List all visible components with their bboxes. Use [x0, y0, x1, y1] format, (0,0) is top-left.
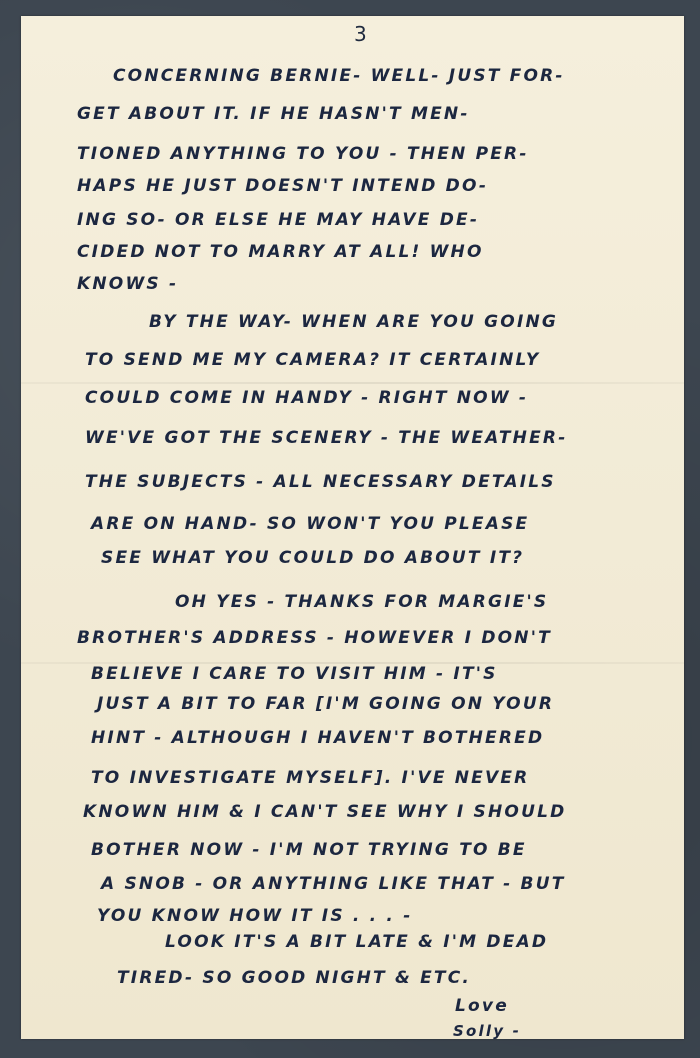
- letter-line: a snob - or anything like that - but: [101, 874, 566, 894]
- letter-line: to investigate myself]. I've never: [91, 768, 529, 788]
- letter-line: get about it. If he hasn't men-: [77, 104, 470, 124]
- letter-line: Oh yes - thanks for Margie's: [175, 592, 548, 612]
- letter-line: By the way- when are you going: [149, 312, 558, 332]
- letter-line: We've got the scenery - the weather-: [85, 428, 567, 448]
- letter-line: believe I care to visit him - it's: [91, 664, 498, 684]
- letter-line: you know how it is . . . -: [97, 906, 412, 926]
- letter-line: haps he just doesn't intend do-: [77, 176, 488, 196]
- letter-line: Concerning Bernie- well- just for-: [113, 66, 565, 86]
- letter-closing: Love: [455, 996, 509, 1016]
- letter-line: hint - although I haven't bothered: [91, 728, 544, 748]
- letter-line: ing so- or else he may have de-: [77, 210, 479, 230]
- letter-line: Look it's a bit late & I'm dead: [165, 932, 548, 952]
- letter-line: cided not to marry at all! Who: [77, 242, 484, 262]
- page-number: 3: [354, 22, 367, 46]
- paper-fold: [21, 382, 684, 384]
- letter-line: bother now - I'm not trying to be: [91, 840, 527, 860]
- letter-line: tioned anything to you - then per-: [77, 144, 529, 164]
- letter-line: tired- so good night & etc.: [117, 968, 471, 988]
- letter-page: 3 Concerning Bernie- well- just for- get…: [21, 16, 684, 1039]
- letter-line: see what you could do about it?: [101, 548, 524, 568]
- letter-line: known him & I can't see why I should: [83, 802, 566, 822]
- letter-signature: Solly -: [453, 1022, 521, 1040]
- letter-line: knows -: [77, 274, 178, 294]
- letter-line: could come in handy - right now -: [85, 388, 528, 408]
- letter-line: to send me my camera? It certainly: [85, 350, 540, 370]
- letter-line: brother's address - however I don't: [77, 628, 552, 648]
- letter-line: just a bit to far [I'm going on your: [97, 694, 554, 714]
- letter-line: are on hand- So won't you please: [91, 514, 529, 534]
- letter-line: the subjects - all necessary details: [85, 472, 556, 492]
